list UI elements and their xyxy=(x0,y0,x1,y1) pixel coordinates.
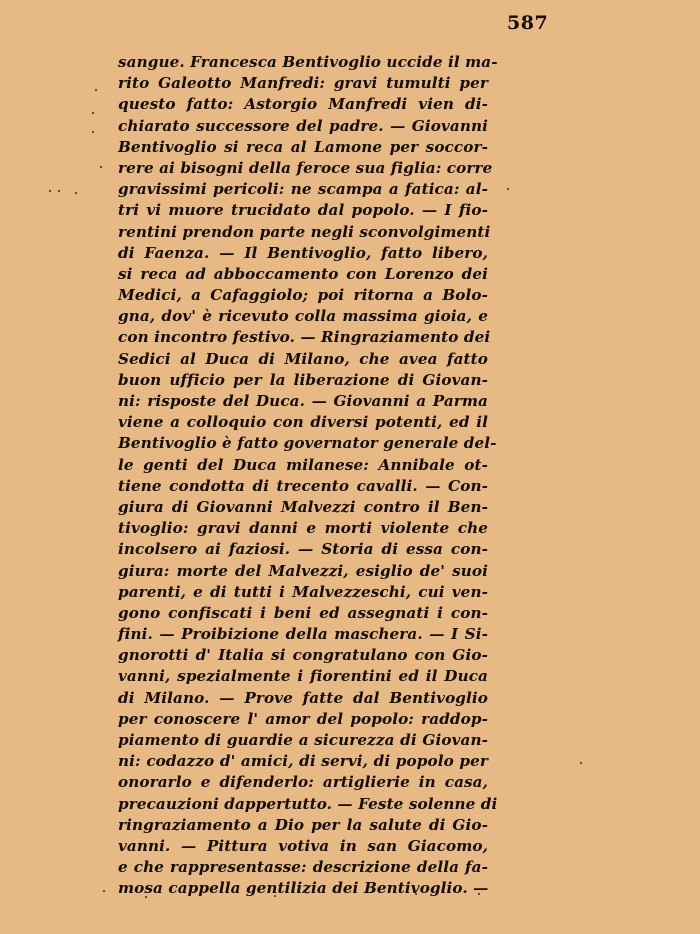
scan-speck xyxy=(103,890,105,892)
text-line: questo fatto: Astorgio Manfredi vien di- xyxy=(118,94,488,115)
text-line: tri vi muore trucidato dal popolo. — I f… xyxy=(118,200,488,221)
scan-speck xyxy=(580,762,582,764)
scan-speck xyxy=(100,166,102,168)
text-line: Medici, a Cafaggiolo; poi ritorna a Bolo… xyxy=(118,285,488,306)
text-line: sangue. Francesca Bentivoglio uccide il … xyxy=(118,52,488,73)
text-line: buon ufficio per la liberazione di Giova… xyxy=(118,370,488,391)
scan-speck xyxy=(274,895,276,897)
text-line: viene a colloquio con diversi potenti, e… xyxy=(118,412,488,433)
text-line: di Milano. — Prove fatte dal Bentivoglio xyxy=(118,688,488,709)
text-line: e che rappresentasse: descrizione della … xyxy=(118,857,488,878)
text-line: precauzioni dappertutto. — Feste solenne… xyxy=(118,794,488,815)
scan-speck xyxy=(507,188,509,190)
text-line: giura: morte del Malvezzi, esiglio de' s… xyxy=(118,561,488,582)
scan-speck xyxy=(95,89,97,91)
text-line: rere ai bisogni della feroce sua figlia:… xyxy=(118,158,488,179)
text-line: vanni, spezialmente i fiorentini ed il D… xyxy=(118,666,488,687)
text-line: gravissimi pericoli: ne scampa a fatica:… xyxy=(118,179,488,200)
text-line: ringraziamento a Dio per la salute di Gi… xyxy=(118,815,488,836)
text-line: le genti del Duca milanese: Annibale ot- xyxy=(118,455,488,476)
text-line: onorarlo e difenderlo: artiglierie in ca… xyxy=(118,772,488,793)
scan-speck xyxy=(92,131,94,133)
text-line: gna, dov' è ricevuto colla massima gioia… xyxy=(118,306,488,327)
text-line: con incontro festivo. — Ringraziamento d… xyxy=(118,327,488,348)
scan-speck xyxy=(75,192,77,194)
text-line: ni: risposte del Duca. — Giovanni a Parm… xyxy=(118,391,488,412)
scan-speck xyxy=(49,190,51,192)
text-block: sangue. Francesca Bentivoglio uccide il … xyxy=(118,52,488,900)
text-line: ni: codazzo d' amici, di servi, di popol… xyxy=(118,751,488,772)
text-line: gnorotti d' Italia si congratulano con G… xyxy=(118,645,488,666)
scan-speck xyxy=(478,893,480,895)
scan-speck xyxy=(415,893,417,895)
text-line: rentini prendon parte negli sconvolgimen… xyxy=(118,222,488,243)
text-line: Sedici al Duca di Milano, che avea fatto xyxy=(118,349,488,370)
scan-speck xyxy=(145,896,147,898)
page-number: 587 xyxy=(507,12,548,34)
text-line: si reca ad abboccamento con Lorenzo dei xyxy=(118,264,488,285)
scan-speck xyxy=(58,190,60,192)
text-line: rito Galeotto Manfredi: gravi tumulti pe… xyxy=(118,73,488,94)
text-line: fini. — Proibizione della maschera. — I … xyxy=(118,624,488,645)
text-line: per conoscere l' amor del popolo: raddop… xyxy=(118,709,488,730)
text-line: vanni. — Pittura votiva in san Giacomo, xyxy=(118,836,488,857)
text-line: mosa cappella gentilizia dei Bentivoglio… xyxy=(118,878,488,899)
scan-speck xyxy=(92,112,94,114)
text-line: parenti, e di tutti i Malvezzeschi, cui … xyxy=(118,582,488,603)
text-line: tiene condotta di trecento cavalli. — Co… xyxy=(118,476,488,497)
text-line: incolsero ai faziosi. — Storia di essa c… xyxy=(118,539,488,560)
text-line: Bentivoglio è fatto governator generale … xyxy=(118,433,488,454)
text-line: di Faenza. — Il Bentivoglio, fatto liber… xyxy=(118,243,488,264)
text-line: piamento di guardie a sicurezza di Giova… xyxy=(118,730,488,751)
text-line: giura di Giovanni Malvezzi contro il Ben… xyxy=(118,497,488,518)
text-line: tivoglio: gravi danni e morti violente c… xyxy=(118,518,488,539)
text-line: Bentivoglio si reca al Lamone per soccor… xyxy=(118,137,488,158)
text-line: gono confiscati i beni ed assegnati i co… xyxy=(118,603,488,624)
text-line: chiarato successore del padre. — Giovann… xyxy=(118,116,488,137)
